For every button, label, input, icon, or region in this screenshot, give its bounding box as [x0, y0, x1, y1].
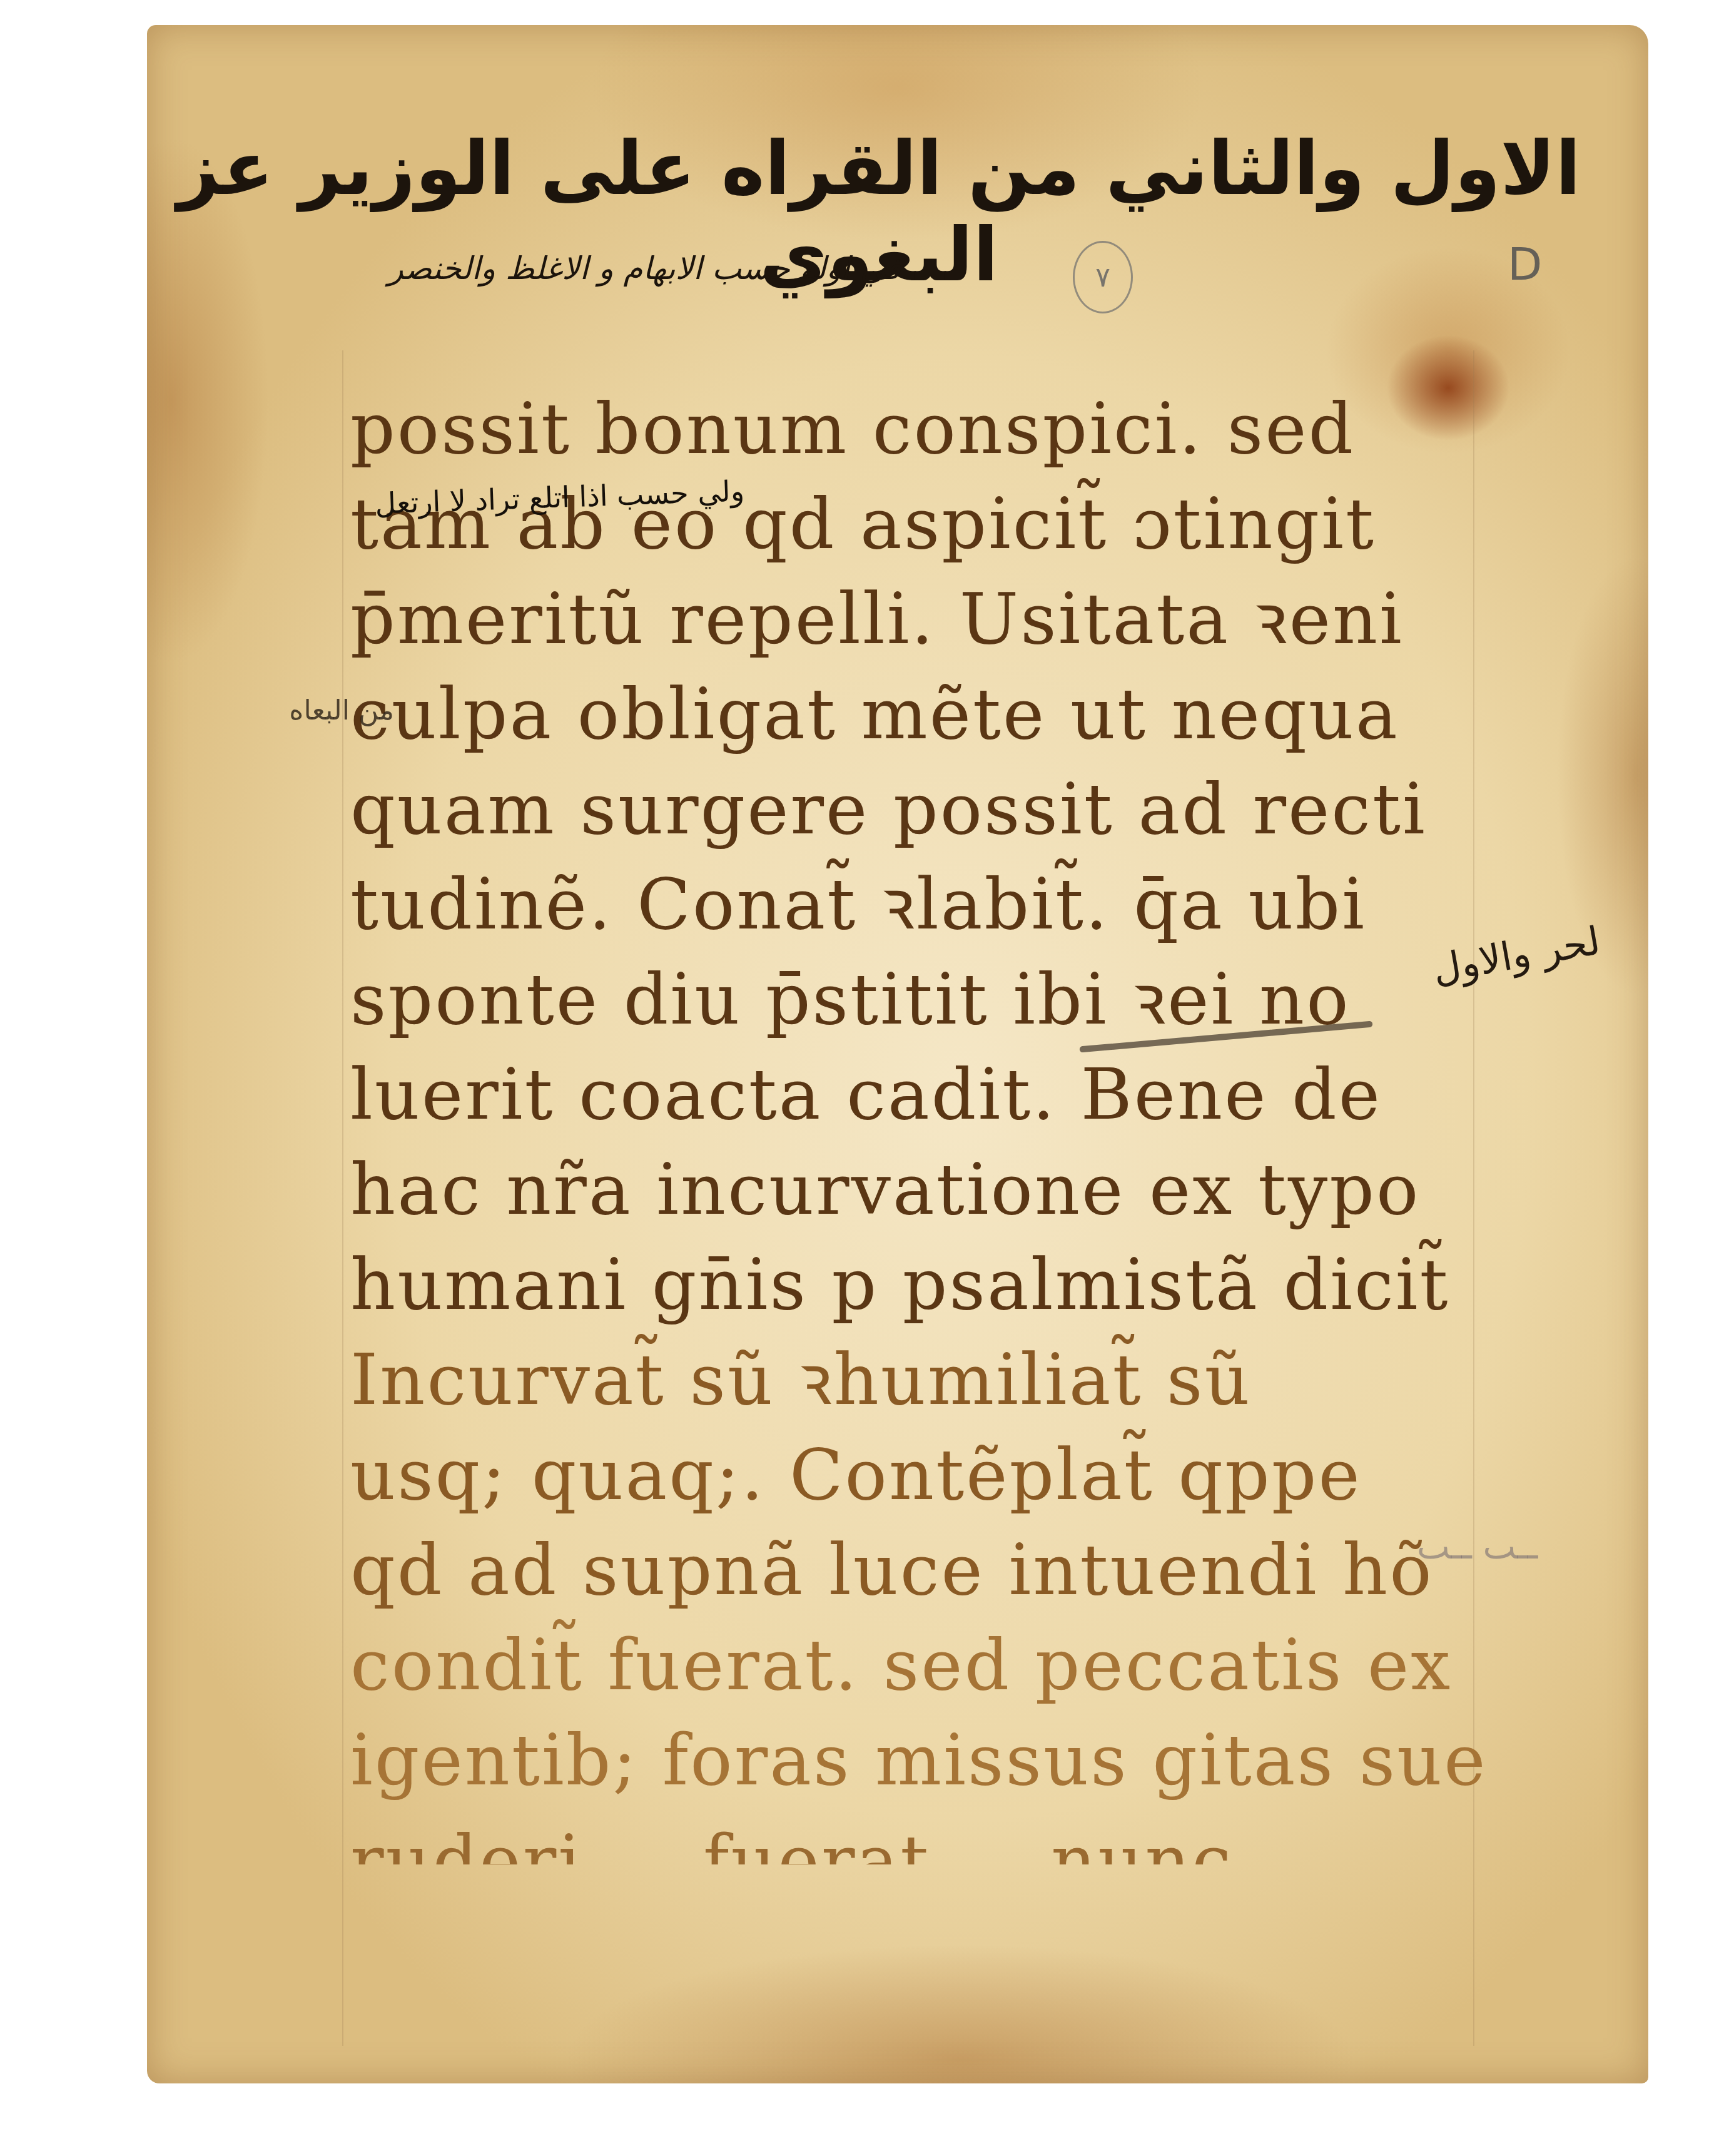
- latin-line: quam surgere possit ad recti: [350, 762, 1464, 857]
- folio-number-text: ٧: [1095, 262, 1110, 293]
- pencil-letter-mark: D: [1508, 238, 1542, 290]
- latin-line: tudinẽ. Conat̃ ꝛlabit̃. q̄a ubi: [350, 857, 1464, 952]
- latin-line: usq; quaq;. Contẽplat̃ qppe: [350, 1428, 1464, 1523]
- latin-line: condit̃ fuerat. sed peccatis ex: [350, 1618, 1464, 1713]
- latin-line: humani gn̄is p psalmistã dicit̃: [350, 1238, 1464, 1333]
- latin-line: luerit coacta cadit. Bene de: [350, 1047, 1464, 1142]
- pencil-margin-scribble: ــٮ ــٮ: [1417, 1527, 1538, 1567]
- arabic-left-margin-note: من البعاه: [188, 694, 394, 726]
- ruling-line-left: [342, 350, 343, 2046]
- latin-line: igentib; foras missus gitas sue: [350, 1713, 1464, 1808]
- latin-line: qd ad supnã luce intuendi hõ: [350, 1523, 1464, 1618]
- latin-line: hac nr̃a incurvatione ex typo: [350, 1142, 1464, 1238]
- latin-line: culpa obligat mẽte ut nequa: [350, 667, 1464, 762]
- latin-line: Incurvat̃ sũ ꝛhumiliat̃ sũ: [350, 1333, 1464, 1428]
- latin-line: possit bonum conspici. sed: [350, 382, 1464, 477]
- arabic-subnote: في اوله حسب الابهام و الاغلظ والخنصر: [288, 250, 901, 287]
- latin-line-cut-off: ruderi ... fuerat ... nunc: [350, 1808, 1464, 1864]
- pencil-folio-number: ٧: [1073, 241, 1133, 313]
- latin-text-block: possit bonum conspici. sed tam ab eo qd …: [350, 382, 1464, 1864]
- latin-line: p̄meritũ repelli. Usitata ꝛeni: [350, 572, 1464, 667]
